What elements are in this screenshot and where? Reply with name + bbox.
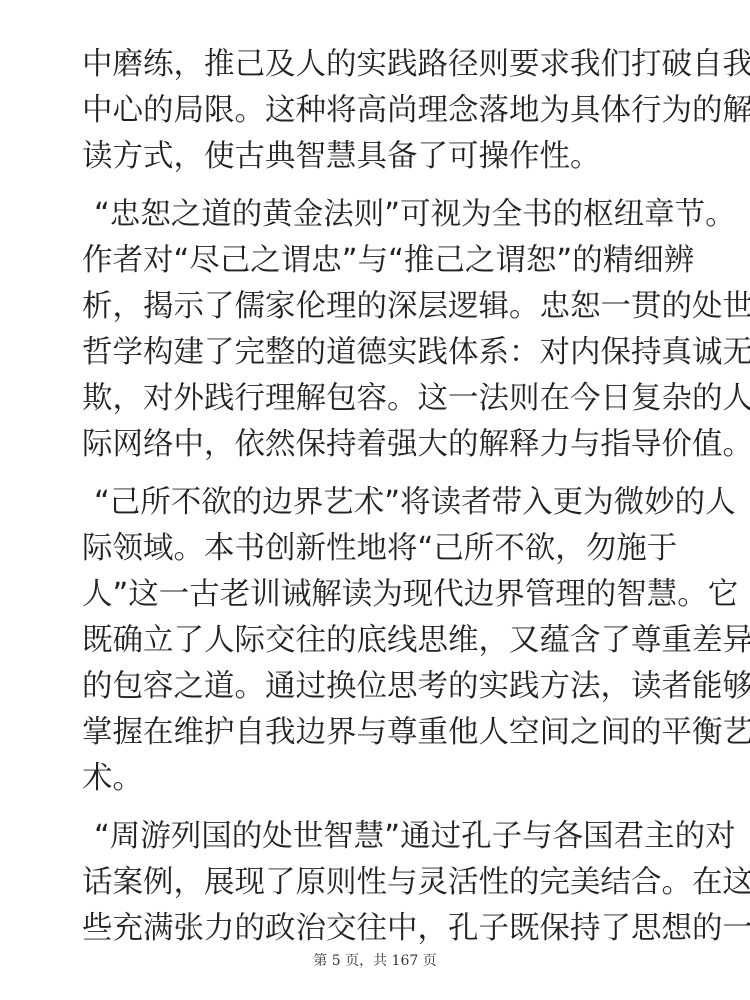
- text-line: 析，揭示了儒家伦理的深层逻辑。忠恕一贯的处世: [82, 284, 666, 330]
- text-line: 际网络中，依然保持着强大的解释力与指导价值。: [82, 422, 666, 468]
- document-body: 中磨练，推己及人的实践路径则要求我们打破自我 中心的局限。这种将高尚理念落地为具…: [82, 42, 666, 964]
- text-line: 欺，对外践行理解包容。这一法则在今日复杂的人: [82, 376, 666, 422]
- paragraph-1: 中磨练，推己及人的实践路径则要求我们打破自我 中心的局限。这种将高尚理念落地为具…: [82, 42, 666, 180]
- text-line: 话案例，展现了原则性与灵活性的完美结合。在这: [82, 860, 666, 906]
- text-line: 人”这一古老训诫解读为现代边界管理的智慧。它: [82, 572, 666, 618]
- page-number-footer: 第 5 页，共 167 页: [0, 950, 750, 970]
- text-line: 中磨练，推己及人的实践路径则要求我们打破自我: [82, 42, 666, 88]
- text-line: “忠恕之道的黄金法则”可视为全书的枢纽章节。: [82, 192, 666, 238]
- text-line: 哲学构建了完整的道德实践体系：对内保持真诚无: [82, 330, 666, 376]
- text-line: 既确立了人际交往的底线思维，又蕴含了尊重差异: [82, 618, 666, 664]
- text-line: 的包容之道。通过换位思考的实践方法，读者能够: [82, 664, 666, 710]
- text-line: “己所不欲的边界艺术”将读者带入更为微妙的人: [82, 480, 666, 526]
- text-line: 读方式，使古典智慧具备了可操作性。: [82, 134, 666, 180]
- paragraph-3: “己所不欲的边界艺术”将读者带入更为微妙的人 际领域。本书创新性地将“己所不欲，…: [82, 480, 666, 802]
- paragraph-4: “周游列国的处世智慧”通过孔子与各国君主的对 话案例，展现了原则性与灵活性的完美…: [82, 814, 666, 952]
- text-line: 术。: [82, 756, 666, 802]
- paragraph-2: “忠恕之道的黄金法则”可视为全书的枢纽章节。 作者对“尽己之谓忠”与“推己之谓恕…: [82, 192, 666, 468]
- text-line: 际领域。本书创新性地将“己所不欲，勿施于: [82, 526, 666, 572]
- text-line: “周游列国的处世智慧”通过孔子与各国君主的对: [82, 814, 666, 860]
- text-line: 些充满张力的政治交往中，孔子既保持了思想的一: [82, 906, 666, 952]
- text-line: 作者对“尽己之谓忠”与“推己之谓恕”的精细辨: [82, 238, 666, 284]
- text-line: 中心的局限。这种将高尚理念落地为具体行为的解: [82, 88, 666, 134]
- text-line: 掌握在维护自我边界与尊重他人空间之间的平衡艺: [82, 710, 666, 756]
